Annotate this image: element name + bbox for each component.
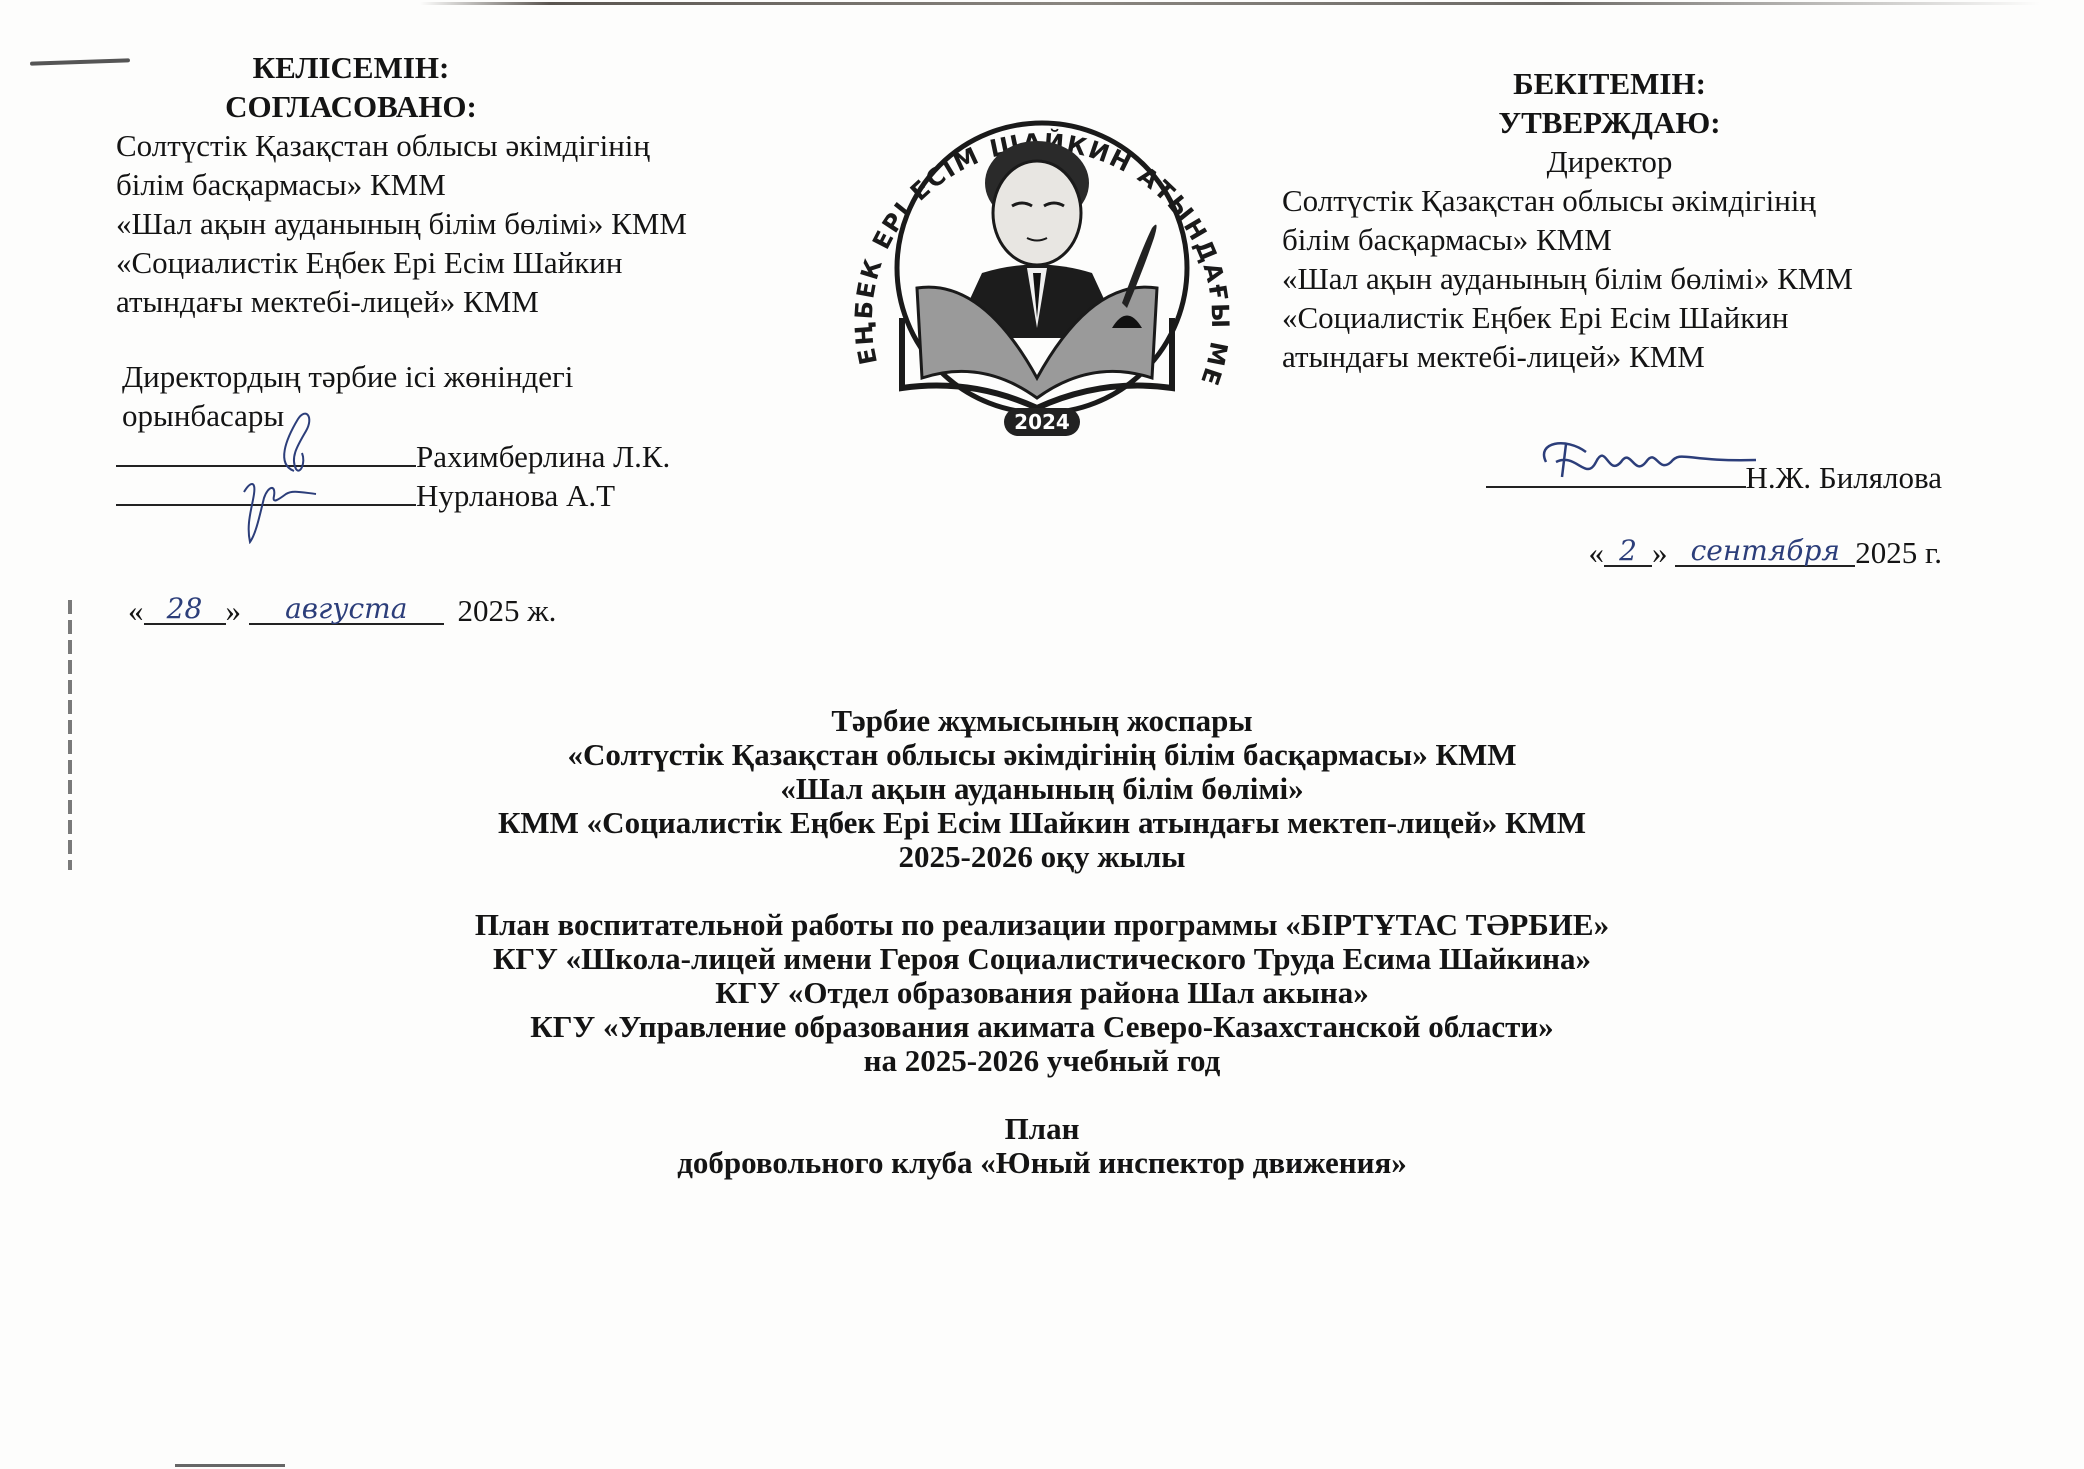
org-line: білім басқармасы» КММ xyxy=(116,165,776,204)
quote-close: » xyxy=(1652,535,1668,570)
signature-line xyxy=(116,474,416,506)
plan-subtitle: добровольного клуба «Юный инспектор движ… xyxy=(0,1146,2084,1180)
agreed-org-lines: Солтүстік Қазақстан облысы әкімдігінің б… xyxy=(116,126,776,321)
signature-line xyxy=(1486,456,1746,488)
quote-close: » xyxy=(226,593,242,628)
agreed-heading-kz: КЕЛІСЕМІН: xyxy=(116,48,586,87)
agreed-block: КЕЛІСЕМІН: СОГЛАСОВАНО: Солтүстік Қазақс… xyxy=(116,48,776,630)
signature-scribble-icon xyxy=(216,454,336,544)
title-ru-line: КГУ «Отдел образования района Шал акына» xyxy=(0,976,2084,1010)
org-line: «Социалистік Еңбек Ері Есім Шайкин xyxy=(1282,298,1962,337)
org-line: «Шал ақын ауданының білім бөлімі» КММ xyxy=(116,204,776,243)
position-title: Директордың тәрбие ісі жөніндегі орынбас… xyxy=(116,357,776,435)
approved-heading-ru: УТВЕРЖДАЮ: xyxy=(1282,103,1937,142)
plan-heading: План xyxy=(0,1112,2084,1146)
approved-heading-kz: БЕКІТЕМІН: xyxy=(1282,64,1937,103)
date-day: 28 xyxy=(167,592,203,625)
org-line: Солтүстік Қазақстан облысы әкімдігінің xyxy=(116,126,776,165)
signature-row: Рахимберлина Л.К. xyxy=(116,435,776,474)
title-kz-line: «Шал ақын ауданының білім бөлімі» xyxy=(0,772,2084,806)
date-day: 2 xyxy=(1619,534,1637,567)
date-day-field: 28 xyxy=(144,591,226,625)
approved-org-lines: Солтүстік Қазақстан облысы әкімдігінің б… xyxy=(1282,181,1962,376)
title-kz-line: Тәрбие жұмысының жоспары xyxy=(0,704,2084,738)
title-ru-line: на 2025-2026 учебный год xyxy=(0,1044,2084,1078)
document-title: Тәрбие жұмысының жоспары «Солтүстік Қаза… xyxy=(0,704,2084,1180)
org-line: «Шал ақын ауданының білім бөлімі» КММ xyxy=(1282,259,1962,298)
title-ru-line: План воспитательной работы по реализации… xyxy=(0,908,2084,942)
org-line: Солтүстік Қазақстан облысы әкімдігінің xyxy=(1282,181,1962,220)
title-ru-line: КГУ «Школа-лицей имени Героя Социалистич… xyxy=(0,942,2084,976)
agreed-heading-ru: СОГЛАСОВАНО: xyxy=(116,87,586,126)
director-name: Н.Ж. Билялова xyxy=(1746,460,1943,495)
quote-open: « xyxy=(1589,535,1605,570)
date-month-field: августа xyxy=(249,591,444,625)
signature-scribble-icon xyxy=(1526,432,1766,492)
date-year: 2025 ж. xyxy=(458,593,557,628)
title-kz-line: 2025-2026 оқу жылы xyxy=(0,840,2084,874)
scan-edge-top xyxy=(420,2,2040,5)
title-kz-line: «Солтүстік Қазақстан облысы әкімдігінің … xyxy=(0,738,2084,772)
portrait-face xyxy=(993,161,1081,265)
title-kz-line: КММ «Социалистік Еңбек Ері Есім Шайкин а… xyxy=(0,806,2084,840)
director-signature-row: Н.Ж. Билялова xyxy=(1282,456,1962,495)
signatory-name: Рахимберлина Л.К. xyxy=(416,439,670,474)
date-day-field: 2 xyxy=(1604,533,1652,567)
approver-role: Директор xyxy=(1282,142,1937,181)
position-line: Директордың тәрбие ісі жөніндегі xyxy=(122,357,776,396)
org-line: білім басқармасы» КММ xyxy=(1282,220,1962,259)
emblem-year: 2024 xyxy=(1014,410,1070,434)
quote-open: « xyxy=(128,593,144,628)
date-month-field: сентября xyxy=(1675,533,1855,567)
scan-edge-bottom xyxy=(175,1464,285,1467)
approval-date: «2» сентября2025 г. xyxy=(1282,533,1962,572)
title-ru-line: КГУ «Управление образования акимата Севе… xyxy=(0,1010,2084,1044)
signature-row: Нурланова А.Т xyxy=(116,474,776,513)
date-month: сентября xyxy=(1691,534,1840,567)
org-line: атындағы мектебі-лицей» КММ xyxy=(116,282,776,321)
signatory-name: Нурланова А.Т xyxy=(416,478,615,513)
approval-date: «28» августа 2025 ж. xyxy=(116,591,776,630)
org-line: «Социалистік Еңбек Ері Есім Шайкин xyxy=(116,243,776,282)
date-year: 2025 г. xyxy=(1855,535,1942,570)
org-line: атындағы мектебі-лицей» КММ xyxy=(1282,337,1962,376)
date-month: августа xyxy=(285,592,407,625)
position-line: орынбасары xyxy=(122,396,776,435)
approved-block: БЕКІТЕМІН: УТВЕРЖДАЮ: Директор Солтүстік… xyxy=(1282,64,1962,572)
school-emblem-logo: СОЦИАЛИСТІК ЕҢБЕК ЕРІ ЕСІМ ШАЙКИН АТЫНДА… xyxy=(822,78,1262,448)
